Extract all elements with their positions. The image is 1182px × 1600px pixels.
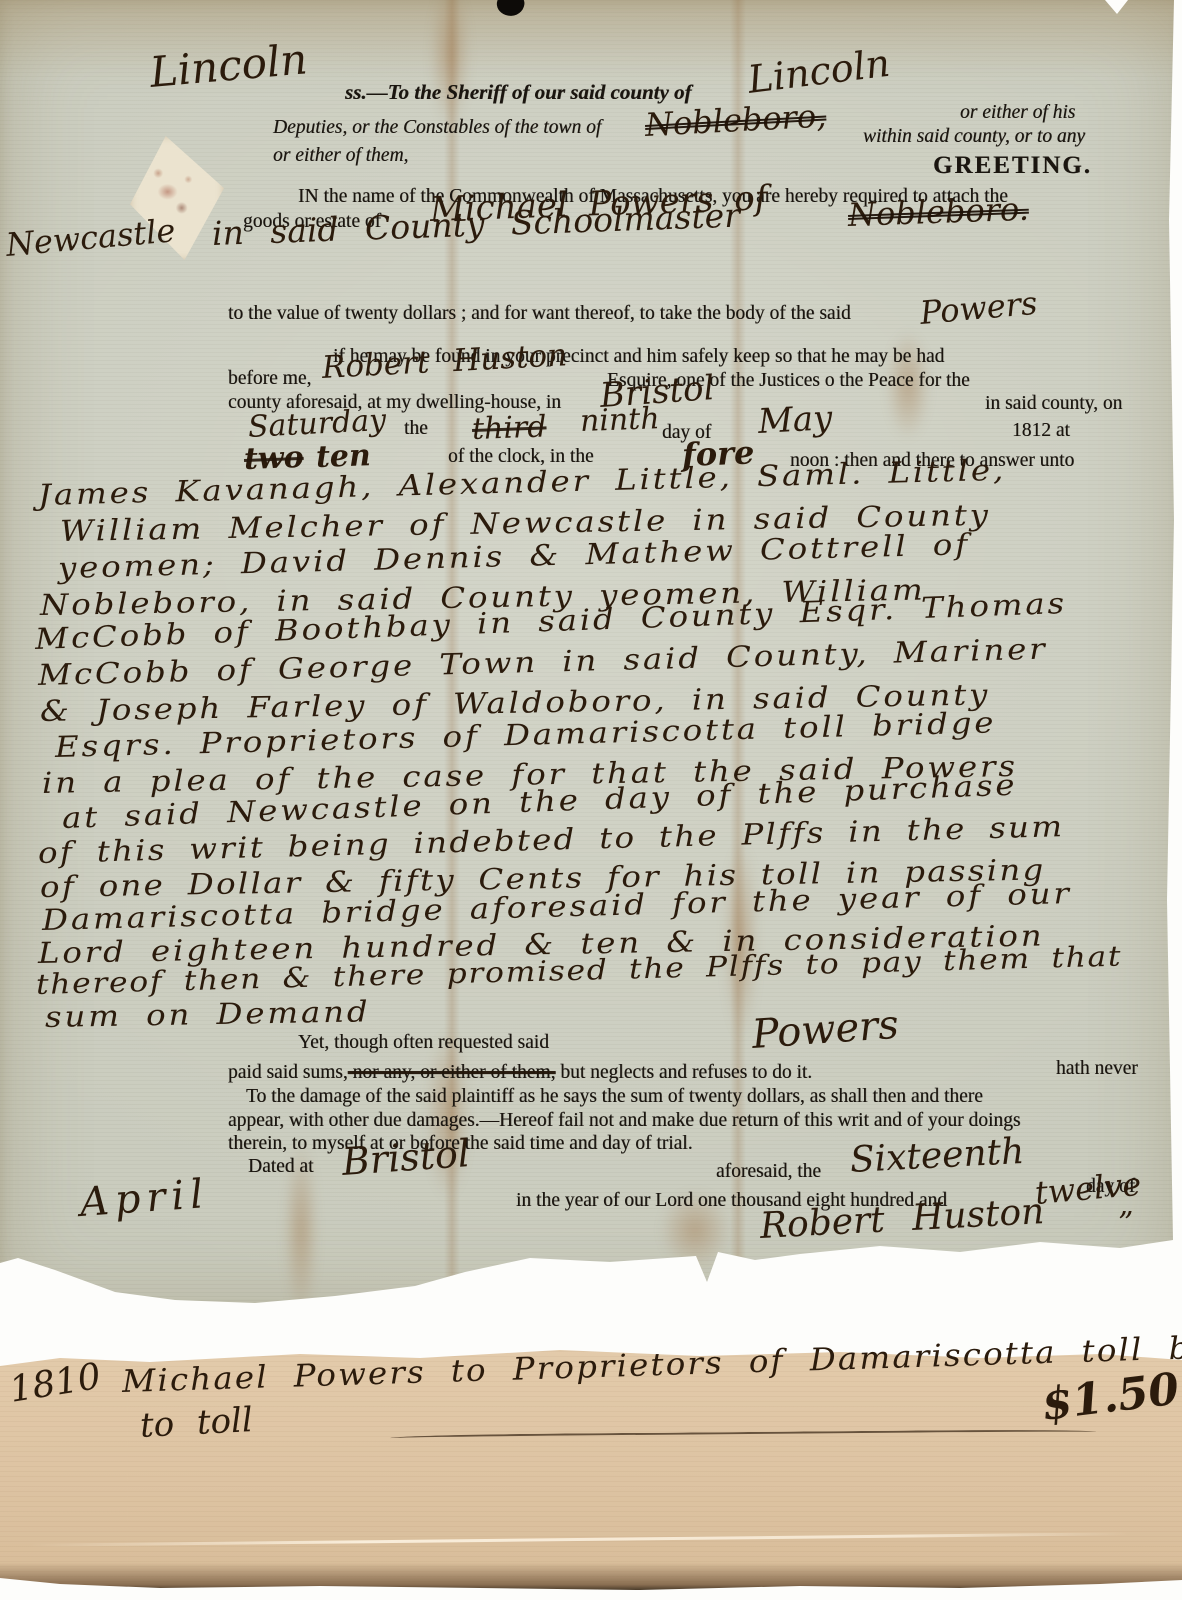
printed-deputies-line: Deputies, or the Constables of the town … — [273, 117, 601, 139]
printed-dated-at: Dated at — [248, 1156, 314, 1178]
printed-hath-never: hath never — [1056, 1058, 1138, 1080]
scanned-writ-document: Lincoln ss.—To the Sheriff of our said c… — [0, 0, 1182, 1600]
town-fill-struck-handwriting: Nobleboro, — [644, 97, 827, 144]
dated-day-handwriting: Sixteenth — [849, 1131, 1025, 1181]
printed-damage-line1: To the damage of the said plaintiff as h… — [246, 1086, 983, 1108]
day-number-handwriting: ninth — [579, 401, 660, 439]
printed-the: the — [404, 418, 428, 440]
margin-newcastle-handwriting: Newcastle — [4, 211, 176, 264]
dated-town-handwriting: Bristol — [340, 1131, 471, 1184]
printed-paid-line: paid said sums, nor any, or either of th… — [228, 1062, 812, 1084]
docket-to-toll-handwriting: to toll — [139, 1400, 254, 1446]
plea-line: sum on Demand — [45, 994, 371, 1034]
yet-defendant-handwriting: Powers — [750, 1002, 900, 1058]
stain — [430, 0, 470, 130]
printed-year-at: 1812 at — [1012, 420, 1070, 442]
signature-flourish-mark: ” — [1118, 1206, 1133, 1241]
county-fill-handwriting: Lincoln — [745, 41, 892, 102]
month-handwriting: May — [757, 398, 833, 442]
dated-month-handwriting: April — [78, 1171, 210, 1226]
printed-paid-said-sums: paid said sums, — [228, 1062, 348, 1083]
printed-yet-requested: Yet, though often requested said — [298, 1032, 549, 1054]
printed-aforesaid-the: aforesaid, the — [716, 1161, 821, 1183]
printed-or-either-them: or either of them, — [273, 145, 408, 167]
printed-neglects: but neglects and refuses to do it. — [555, 1062, 812, 1083]
ink-blot — [494, 0, 527, 20]
printed-ss-sheriff-line: ss.—To the Sheriff of our said county of — [345, 80, 692, 105]
printed-before-me: before me, — [228, 368, 311, 390]
printed-said-county-on: in said county, on — [985, 393, 1122, 415]
defendant-surname-handwriting: Powers — [918, 284, 1038, 332]
printed-or-either-his: or either of his — [960, 102, 1075, 124]
writ-page: Lincoln ss.—To the Sheriff of our said c… — [0, 0, 1182, 1312]
defendant-town-struck-handwriting: Nobleboro. — [847, 190, 1029, 234]
printed-greeting: GREETING. — [933, 152, 1092, 180]
printed-damage-line2: appear, with other due damages.—Hereof f… — [228, 1110, 1021, 1132]
margin-county-handwriting: Lincoln — [148, 34, 309, 97]
printed-struck-nor-any: nor any, or either of them, — [348, 1062, 556, 1083]
justice-name-handwriting: Robert Huston — [321, 337, 568, 386]
struck-day-handwriting: third — [471, 409, 547, 447]
printed-value-line: to the value of twenty dollars ; and for… — [228, 303, 851, 325]
printed-within-county: within said county, or to any — [863, 126, 1085, 148]
dated-year-handwriting: twelve — [1033, 1165, 1142, 1212]
county-schoolmaster-handwriting: in said County Schoolmaster — [211, 196, 740, 253]
